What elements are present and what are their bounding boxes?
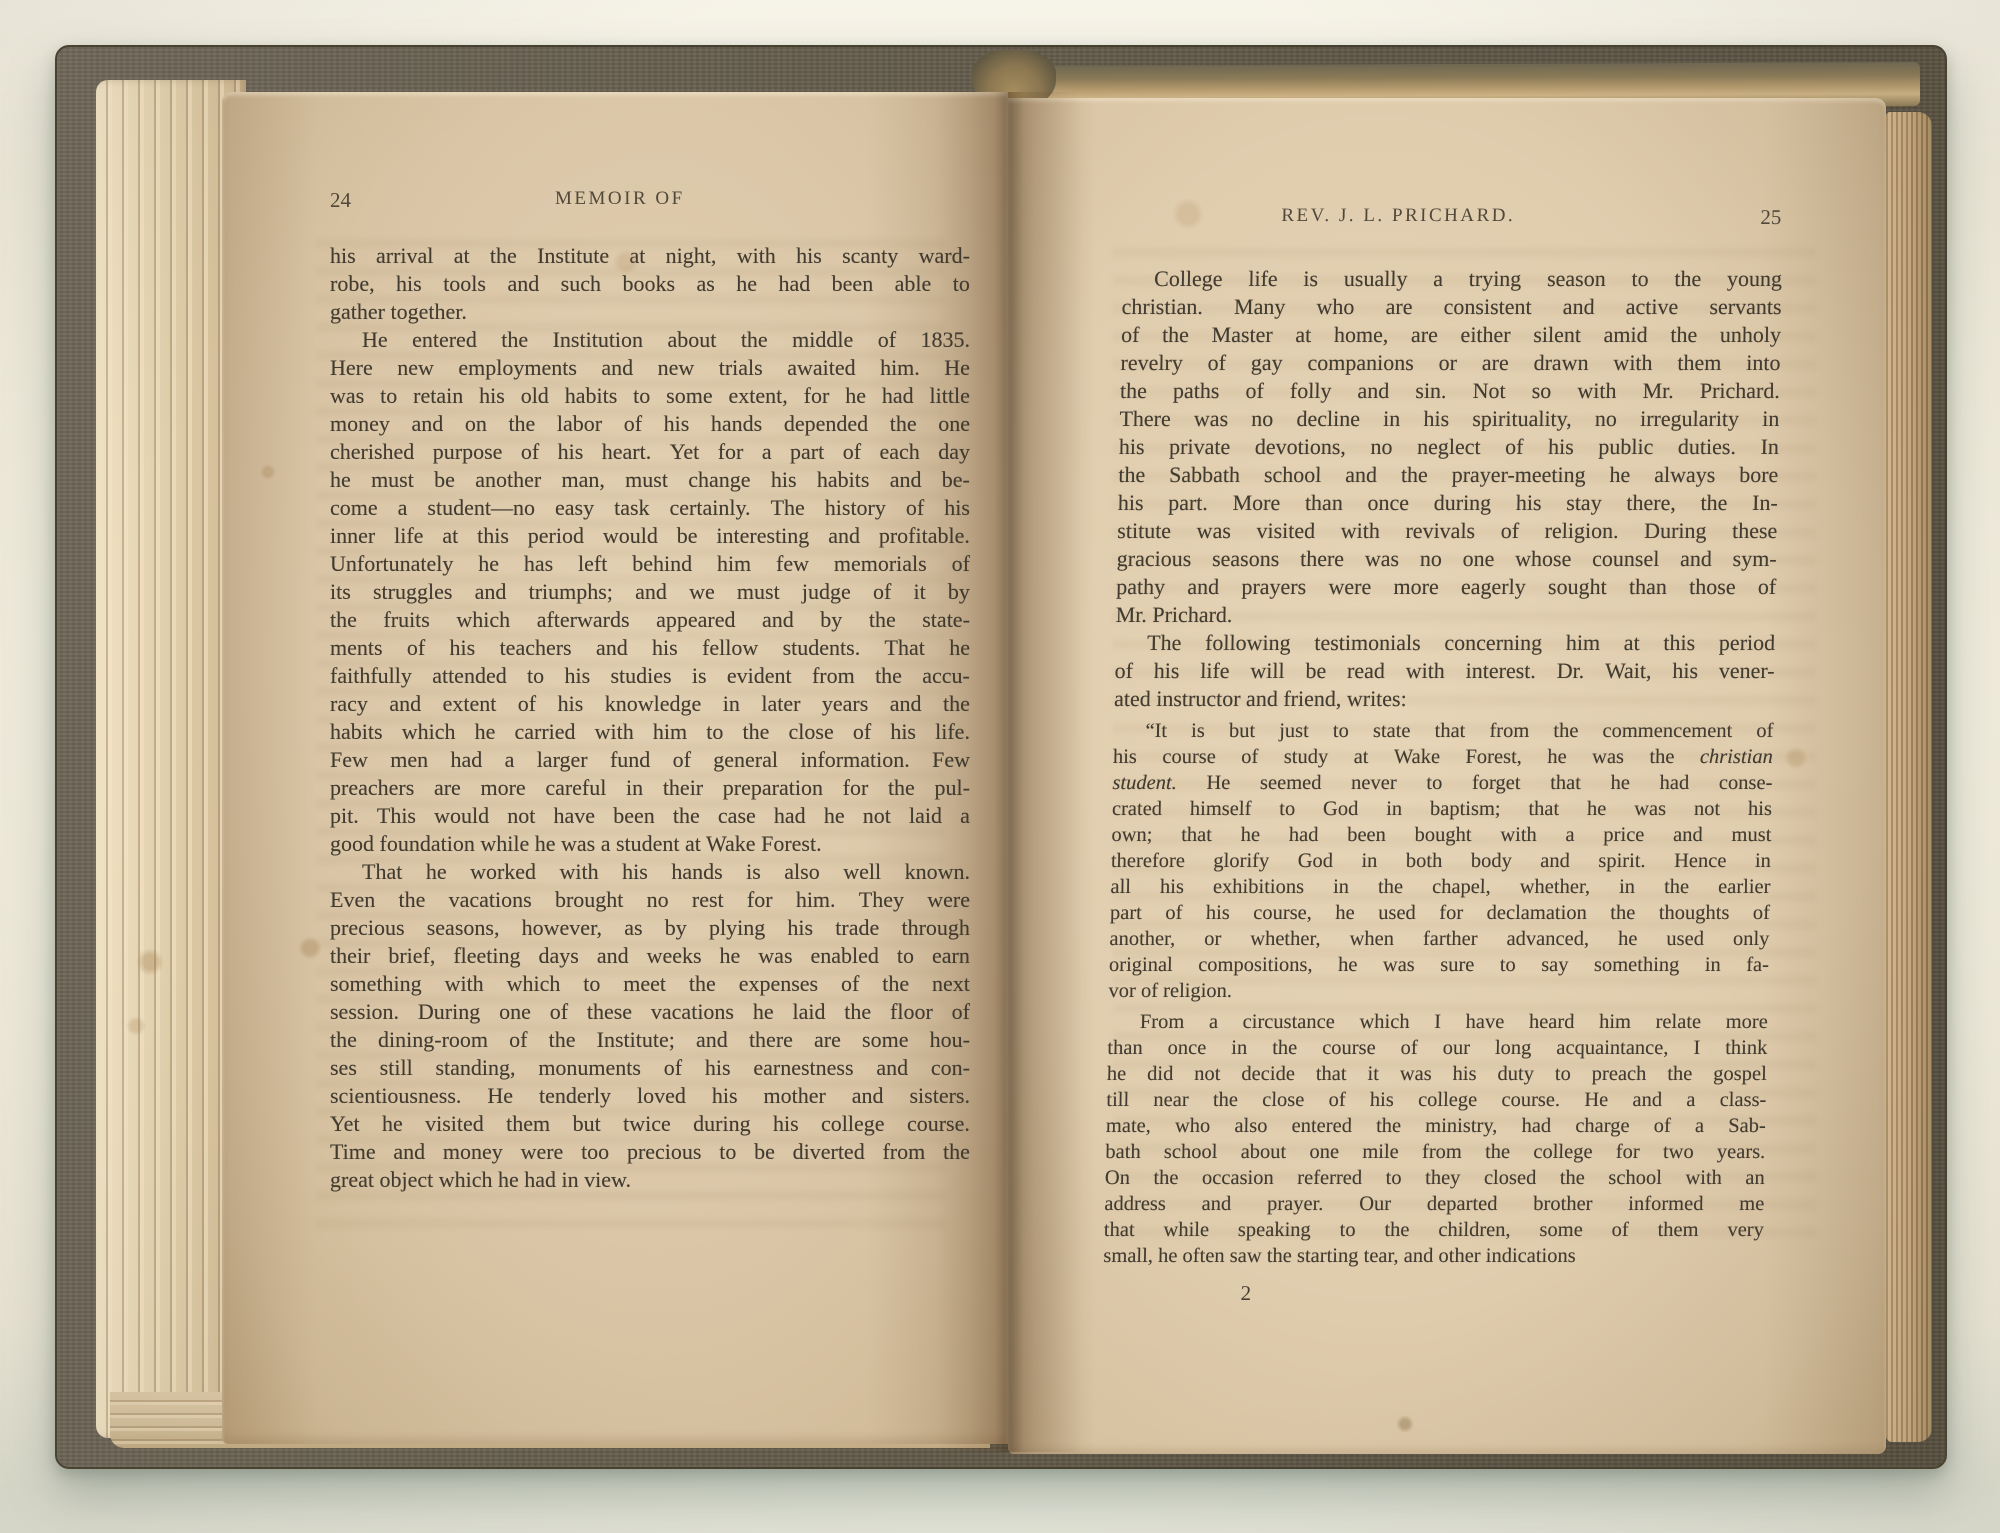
text-line: pathy and prayers were more eagerly soug… [1116, 573, 1777, 601]
text-line: the fruits which afterwards appeared and… [330, 606, 970, 634]
left-page-number: 24 [330, 188, 351, 213]
text-line: On the occasion referred to they closed … [1105, 1165, 1765, 1191]
text-line: of the Master at home, are either silent… [1121, 321, 1782, 349]
text-line: revelry of gay companions or are drawn w… [1120, 349, 1781, 377]
text-line: something with which to meet the expense… [330, 970, 970, 998]
right-running-header: REV. J. L. PRICHARD. [1281, 205, 1515, 227]
text-line: ments of his teachers and his fellow stu… [330, 634, 970, 662]
text-line: mate, who also entered the ministry, had… [1106, 1113, 1766, 1139]
paragraph: “It is but just to state that from the c… [1108, 718, 1773, 1004]
text-line: He entered the Institution about the mid… [330, 326, 970, 354]
paragraph: That he worked with his hands is also we… [330, 858, 970, 1194]
text-line: preachers are more careful in their prep… [330, 774, 970, 802]
text-line: their brief, fleeting days and weeks he … [330, 942, 970, 970]
text-line: his arrival at the Institute at night, w… [330, 242, 970, 270]
text-line: part of his course, he used for declamat… [1110, 900, 1770, 926]
left-page-body: his arrival at the Institute at night, w… [330, 242, 970, 1194]
text-line: From a circustance which I have heard hi… [1108, 1009, 1768, 1035]
text-line: pit. This would not have been the case h… [330, 802, 970, 830]
paragraph: He entered the Institution about the mid… [330, 326, 970, 858]
text-line: robe, his tools and such books as he had… [330, 270, 970, 298]
text-line: than once in the course of our long acqu… [1107, 1035, 1767, 1061]
text-line: his part. More than once during his stay… [1118, 489, 1779, 517]
text-line: own; that he had been bought with a pric… [1111, 822, 1771, 848]
right-page-number: 25 [1760, 205, 1781, 230]
text-line: that while speaking to the children, som… [1104, 1217, 1764, 1243]
paragraph: College life is usually a trying season … [1115, 265, 1782, 629]
signature-mark: 2 [1102, 1281, 1762, 1306]
text-line: he did not decide that it was his duty t… [1107, 1061, 1767, 1087]
text-line: scientiousness. He tenderly loved his mo… [330, 1082, 970, 1110]
text-line: address and prayer. Our departed brother… [1104, 1191, 1764, 1217]
text-line: gracious seasons there was no one whose … [1117, 545, 1778, 573]
text-line: inner life at this period would be inter… [330, 522, 970, 550]
right-running-head: REV. J. L. PRICHARD. 25 [1123, 205, 1784, 235]
text-line: Yet he visited them but twice during his… [330, 1110, 970, 1138]
text-line: christian. Many who are consistent and a… [1121, 293, 1782, 321]
text-line: habits which he carried with him to the … [330, 718, 970, 746]
text-line: There was no decline in his spirituality… [1119, 405, 1780, 433]
text-line: ses still standing, monuments of his ear… [330, 1054, 970, 1082]
text-line: good foundation while he was a student a… [330, 830, 970, 858]
text-line: he must be another man, must change his … [330, 466, 970, 494]
text-line: Mr. Prichard. [1115, 601, 1776, 629]
text-line: all his exhibitions in the chapel, wheth… [1110, 874, 1770, 900]
text-line: bath school about one mile from the coll… [1105, 1139, 1765, 1165]
text-line: racy and extent of his knowledge in late… [330, 690, 970, 718]
right-page-body: College life is usually a trying season … [1103, 265, 1782, 1269]
text-line: another, or whether, when farther advanc… [1109, 926, 1769, 952]
text-line: College life is usually a trying season … [1122, 265, 1783, 293]
text-line: great object which he had in view. [330, 1166, 970, 1194]
text-line: was to retain his old habits to some ext… [330, 382, 970, 410]
text-line: his course of study at Wake Forest, he w… [1113, 744, 1773, 770]
text-line: his private devotions, no neglect of his… [1119, 433, 1780, 461]
text-line: faithfully attended to his studies is ev… [330, 662, 970, 690]
text-line: precious seasons, however, as by plying … [330, 914, 970, 942]
text-line: session. During one of these vacations h… [330, 998, 970, 1026]
text-line: ated instructor and friend, writes: [1114, 685, 1775, 713]
text-line: That he worked with his hands is also we… [330, 858, 970, 886]
text-line: crated himself to God in baptism; that h… [1112, 796, 1772, 822]
left-running-header: MEMOIR OF [555, 188, 685, 210]
text-line: student. He seemed never to forget that … [1112, 770, 1772, 796]
text-line: small, he often saw the starting tear, a… [1103, 1243, 1763, 1269]
text-line: come a student—no easy task certainly. T… [330, 494, 970, 522]
text-line: gather together. [330, 298, 970, 326]
text-line: Unfortunately he has left behind him few… [330, 550, 970, 578]
text-line: of his life will be read with interest. … [1114, 657, 1775, 685]
paragraph: From a circustance which I have heard hi… [1103, 1009, 1768, 1269]
left-page-text: 24 MEMOIR OF his arrival at the Institut… [330, 188, 970, 1194]
text-line: money and on the labor of his hands depe… [330, 410, 970, 438]
text-line: therefore glorify God in both body and s… [1111, 848, 1771, 874]
right-page-text: REV. J. L. PRICHARD. 25 College life is … [1102, 205, 1783, 1306]
text-line: original compositions, he was sure to sa… [1109, 952, 1769, 978]
text-line: cherished purpose of his heart. Yet for … [330, 438, 970, 466]
paragraph: his arrival at the Institute at night, w… [330, 242, 970, 326]
left-running-head: 24 MEMOIR OF [330, 188, 970, 218]
text-line: its struggles and triumphs; and we must … [330, 578, 970, 606]
book-photo: 24 MEMOIR OF his arrival at the Institut… [0, 0, 2000, 1533]
text-line: “It is but just to state that from the c… [1113, 718, 1773, 744]
paragraph: The following testimonials concerning hi… [1114, 629, 1776, 713]
text-line: Time and money were too precious to be d… [330, 1138, 970, 1166]
text-line: Even the vacations brought no rest for h… [330, 886, 970, 914]
text-line: the paths of folly and sin. Not so with … [1120, 377, 1781, 405]
text-line: stitute was visited with revivals of rel… [1117, 517, 1778, 545]
text-line: till near the close of his college cours… [1106, 1087, 1766, 1113]
text-line: vor of religion. [1108, 978, 1768, 1004]
text-line: the dining-room of the Institute; and th… [330, 1026, 970, 1054]
text-line: Here new employments and new trials awai… [330, 354, 970, 382]
text-line: Few men had a larger fund of general inf… [330, 746, 970, 774]
text-line: The following testimonials concerning hi… [1115, 629, 1776, 657]
text-line: the Sabbath school and the prayer-meetin… [1118, 461, 1779, 489]
fore-edge-right [1886, 112, 1932, 1442]
